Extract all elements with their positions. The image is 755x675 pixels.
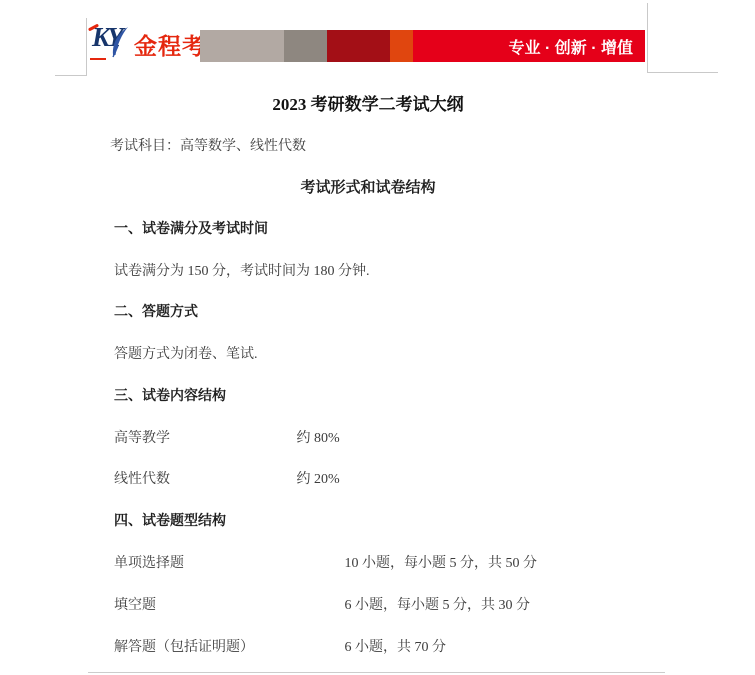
logo-microtext-mark: [90, 58, 106, 60]
band-block-mid-gray: [284, 30, 327, 62]
question-type-row: 填空题 6 小题，每小题 5 分，共 30 分: [114, 594, 530, 614]
slogan-text: 专业 · 创新 · 增值: [509, 35, 633, 58]
band-block-warm-gray: [200, 30, 284, 62]
logo-monogram-wrap: KY: [88, 22, 132, 66]
question-row-value: 10 小题，每小题 5 分，共 50 分: [345, 556, 538, 571]
header-color-band: 专业 · 创新 · 增值: [200, 30, 645, 62]
section2-heading: 二、答题方式: [114, 301, 198, 321]
content-structure-row: 线性代数 约 20%: [114, 468, 340, 488]
content-structure-row: 高等教学 约 80%: [114, 427, 340, 447]
question-type-row: 解答题（包括证明题） 6 小题，共 70 分: [114, 636, 446, 656]
page-title: 2023 考研数学二考试大纲: [88, 90, 648, 115]
slogan-banner: 专业 · 创新 · 增值: [413, 30, 645, 62]
question-type-row: 单项选择题 10 小题，每小题 5 分，共 50 分: [114, 552, 537, 572]
structure-heading: 考试形式和试卷结构: [88, 176, 648, 197]
document-page: KY 金程考研 专业 · 创新 · 增值 2023 考研数学二考试大纲 考试科目…: [0, 0, 755, 675]
content-row-label: 线性代数: [114, 468, 293, 488]
corner-rule-right-vertical: [647, 3, 648, 72]
corner-rule-right-horizontal: [647, 72, 718, 73]
question-row-value: 6 小题，每小题 5 分，共 30 分: [345, 598, 531, 613]
section1-body: 试卷满分为 150 分，考试时间为 180 分钟.: [114, 260, 370, 280]
section2-body: 答题方式为闭卷、笔试.: [114, 343, 258, 363]
band-block-orange: [390, 30, 413, 62]
quill-icon: [108, 26, 130, 63]
band-block-dark-red: [327, 30, 390, 62]
section3-heading: 三、试卷内容结构: [114, 385, 226, 405]
subject-line: 考试科目：高等数学、线性代数: [110, 135, 306, 155]
question-row-label: 解答题（包括证明题）: [114, 636, 341, 656]
content-row-value: 约 20%: [297, 472, 340, 487]
content-row-label: 高等教学: [114, 427, 293, 447]
section4-heading: 四、试卷题型结构: [114, 510, 226, 530]
question-row-label: 单项选择题: [114, 552, 341, 572]
corner-rule-left-horizontal: [55, 75, 86, 76]
content-row-value: 约 80%: [297, 431, 340, 446]
section1-heading: 一、试卷满分及考试时间: [114, 218, 268, 238]
question-row-label: 填空题: [114, 594, 341, 614]
corner-rule-left-vertical: [86, 18, 87, 76]
question-row-value: 6 小题，共 70 分: [345, 640, 447, 655]
page-bottom-rule: [88, 672, 665, 673]
